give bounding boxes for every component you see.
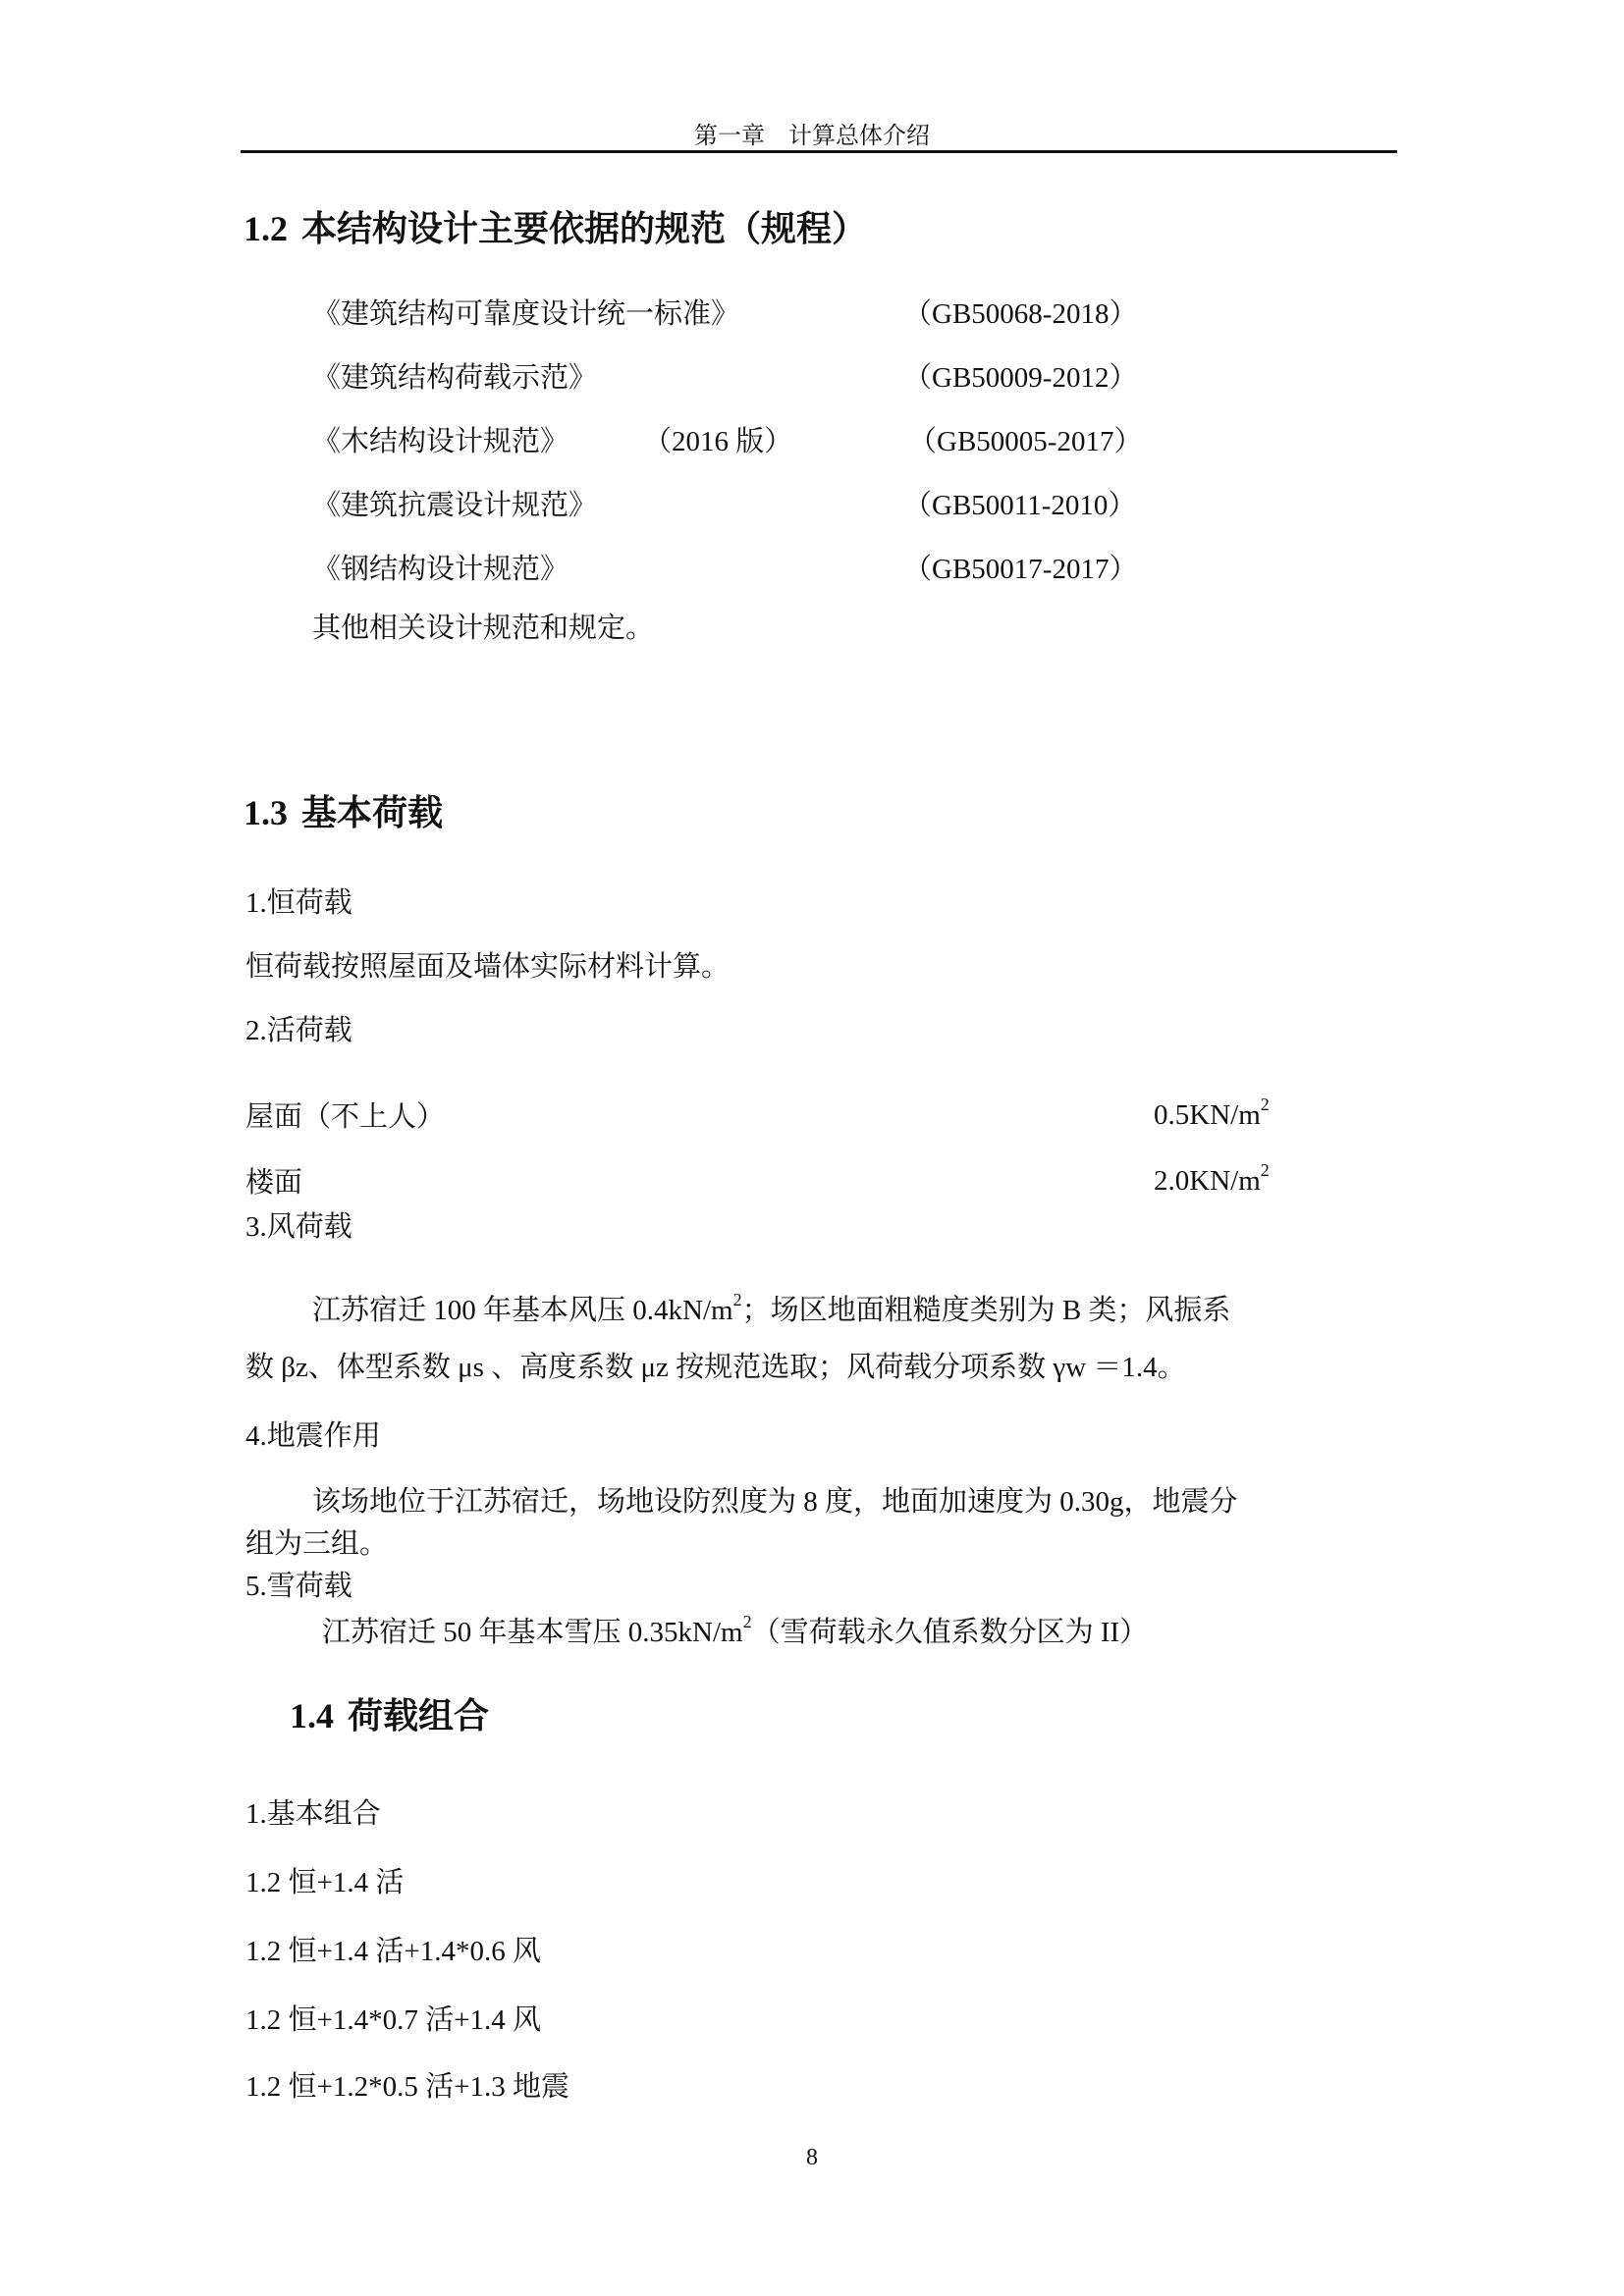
- wind-load-title: 3.风荷载: [245, 1204, 352, 1245]
- load-combination: 1.2 恒+1.4 活+1.4*0.6 风: [245, 1929, 541, 1969]
- standard-code: （GB50068-2018）: [903, 292, 1137, 332]
- basic-combination-title: 1.基本组合: [245, 1791, 381, 1832]
- header-rule: [241, 150, 1397, 153]
- page-number: 8: [0, 2145, 1624, 2171]
- standard-name: 《建筑结构荷载示范》: [312, 355, 597, 396]
- load-combination: 1.2 恒+1.4 活: [245, 1860, 404, 1900]
- section-title: 基本荷载: [301, 793, 443, 833]
- live-load-label: 屋面（不上人）: [245, 1095, 445, 1135]
- snow-load-title: 5.雪荷载: [245, 1564, 352, 1604]
- section-number: 1.4: [290, 1696, 334, 1735]
- live-load-value: 0.5KN/m2: [1154, 1095, 1270, 1132]
- running-header: 第一章 计算总体介绍: [0, 116, 1624, 150]
- live-load-label: 楼面: [245, 1160, 302, 1201]
- standard-code: （GB50011-2010）: [903, 483, 1136, 523]
- section-number: 1.3: [244, 793, 288, 832]
- standard-name: 《木结构设计规范》: [312, 419, 568, 459]
- load-combination: 1.2 恒+1.4*0.7 活+1.4 风: [245, 1998, 541, 2038]
- section-heading-1-3: 1.3基本荷载: [244, 785, 443, 835]
- other-standards-text: 其他相关设计规范和规定。: [312, 606, 654, 646]
- section-heading-1-2: 1.2本结构设计主要依据的规范（规程）: [244, 201, 867, 251]
- wind-load-text-line2: 数 βz、体型系数 μs 、高度系数 μz 按规范选取；风荷载分项系数 γw ＝…: [245, 1345, 1186, 1385]
- standard-name: 《建筑结构可靠度设计统一标准》: [312, 292, 739, 332]
- load-combination: 1.2 恒+1.2*0.5 活+1.3 地震: [245, 2064, 569, 2105]
- section-number: 1.2: [244, 209, 288, 248]
- wind-load-text-line1: 江苏宿迁 100 年基本风压 0.4kN/m2；场区地面粗糙度类别为 B 类；风…: [312, 1288, 1230, 1328]
- section-title: 荷载组合: [348, 1696, 489, 1736]
- standard-name: 《钢结构设计规范》: [312, 547, 568, 587]
- dead-load-text: 恒荷载按照屋面及墙体实际材料计算。: [245, 944, 730, 985]
- standard-code: （GB50009-2012）: [903, 355, 1137, 396]
- snow-load-text: 江苏宿迁 50 年基本雪压 0.35kN/m2（雪荷载永久值系数分区为 II）: [322, 1610, 1148, 1650]
- standard-code: （GB50017-2017）: [903, 547, 1137, 587]
- standard-name: 《建筑抗震设计规范》: [312, 483, 597, 523]
- section-title: 本结构设计主要依据的规范（规程）: [301, 209, 867, 249]
- live-load-title: 2.活荷载: [245, 1008, 352, 1048]
- dead-load-title: 1.恒荷载: [245, 881, 352, 921]
- standard-note: （2016 版）: [643, 419, 792, 459]
- seismic-text-line2: 组为三组。: [245, 1522, 388, 1562]
- section-heading-1-4: 1.4荷载组合: [290, 1688, 489, 1738]
- seismic-text-line1: 该场地位于江苏宿迁，场地设防烈度为 8 度，地面加速度为 0.30g，地震分: [312, 1479, 1238, 1520]
- seismic-title: 4.地震作用: [245, 1414, 381, 1454]
- live-load-value: 2.0KN/m2: [1154, 1160, 1270, 1198]
- standard-code: （GB50005-2017）: [908, 419, 1142, 459]
